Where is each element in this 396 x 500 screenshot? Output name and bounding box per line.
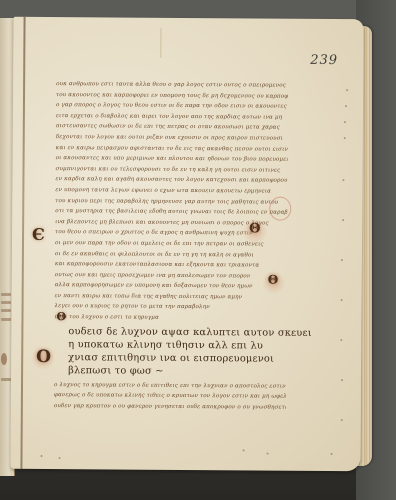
- text-line: ουδεν γαρ κρυπτον ο ου φανερον γενησεται…: [54, 401, 286, 413]
- initial-theta: Θ: [249, 221, 260, 236]
- main-text-column: ουκ ανθρωπου εστι ταυτα αλλα θεου ο γαρ …: [54, 79, 288, 413]
- manuscript-page: 239 ουκ ανθρωπου εστι ταυτα αλλα θεου ο …: [10, 17, 363, 471]
- initial-epsilon: Є: [32, 225, 45, 244]
- parchment-crease: [160, 28, 161, 58]
- initial-lemma: Θ: [56, 310, 66, 323]
- lemma-line: η υποκατω κλινησ τιθησιν αλλ επι λυ: [68, 338, 286, 353]
- lemma-line: βλεπωσι το φωσ ~: [68, 364, 286, 379]
- uncial-lemma: ουδεισ δε λυχνον αψασ καλυπτει αυτον σκε…: [68, 325, 286, 379]
- text-line: περι του λυχνου ο εστι το κηρυγμα: [54, 312, 286, 324]
- lemma-line: χνιασ επιτιθησιν ινα οι εισπορευομενοι: [68, 351, 286, 366]
- gutter-binding: [20, 17, 25, 469]
- initial-theta: Θ: [268, 273, 279, 287]
- lemma-line: ουδεισ δε λυχνον αψασ καλυπτει αυτον σκε…: [68, 325, 286, 340]
- folio-number: 239: [310, 53, 338, 68]
- initial-omicron: Ο: [36, 347, 51, 367]
